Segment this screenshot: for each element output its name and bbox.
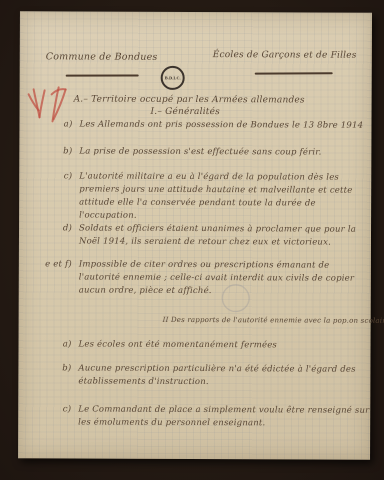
entry-text: La prise de possession s'est effectuée s…	[79, 146, 321, 157]
bdic-stamp: B.D.I.C.	[161, 66, 185, 90]
entry-1d: d) Soldats et officiers étaient unanimes…	[79, 222, 369, 249]
entry-1e: e et f) Impossible de citer ordres ou pr…	[79, 258, 371, 298]
header-underline-left	[66, 74, 139, 76]
section2-heading: II Des rapports de l'autorité ennemie av…	[163, 316, 384, 325]
entry-text: Aucune prescription particulière n'a été…	[78, 363, 355, 387]
entry-text: Impossible de citer ordres ou prescripti…	[79, 259, 354, 296]
entry-2b: b) Aucune prescription particulière n'a …	[78, 362, 358, 389]
entry-label: b)	[63, 145, 72, 158]
entry-label: e et f)	[45, 258, 72, 271]
document-page: Commune de Bondues Écoles de Garçons et …	[18, 11, 372, 460]
entry-2a: a) Les écoles ont été momentanément ferm…	[78, 338, 364, 352]
entry-text: Les écoles ont été momentanément fermées	[79, 339, 278, 350]
entry-text: L'autorité militaire a eu à l'égard de l…	[79, 171, 352, 220]
section1-heading: I.– Généralités	[151, 107, 220, 117]
photo-background: Commune de Bondues Écoles de Garçons et …	[0, 0, 384, 480]
entry-label: a)	[64, 118, 73, 131]
entry-text: Le Commandant de place a simplement voul…	[78, 404, 369, 428]
title-territoire: A.– Territoire occupé par les Armées all…	[74, 94, 305, 105]
header-ecoles: Écoles de Garçons et de Filles	[213, 50, 357, 61]
entry-1b: b) La prise de possession s'est effectué…	[79, 145, 365, 159]
entry-text: Soldats et officiers étaient unanimes à …	[79, 223, 356, 247]
header-underline-right	[255, 72, 333, 74]
entry-1a: a) Les Allemands ont pris possession de …	[79, 118, 365, 132]
entry-label: c)	[64, 170, 73, 183]
entry-label: a)	[63, 338, 72, 351]
entry-label: c)	[63, 403, 72, 416]
entry-label: d)	[63, 222, 72, 235]
entry-text: Les Allemands ont pris possession de Bon…	[79, 119, 363, 130]
header-commune: Commune de Bondues	[46, 51, 158, 62]
entry-1c: c) L'autorité militaire a eu à l'égard d…	[79, 170, 365, 223]
bdic-stamp-label: B.D.I.C.	[165, 76, 181, 80]
entry-label: b)	[62, 362, 71, 375]
entry-2c: c) Le Commandant de place a simplement v…	[78, 403, 370, 430]
